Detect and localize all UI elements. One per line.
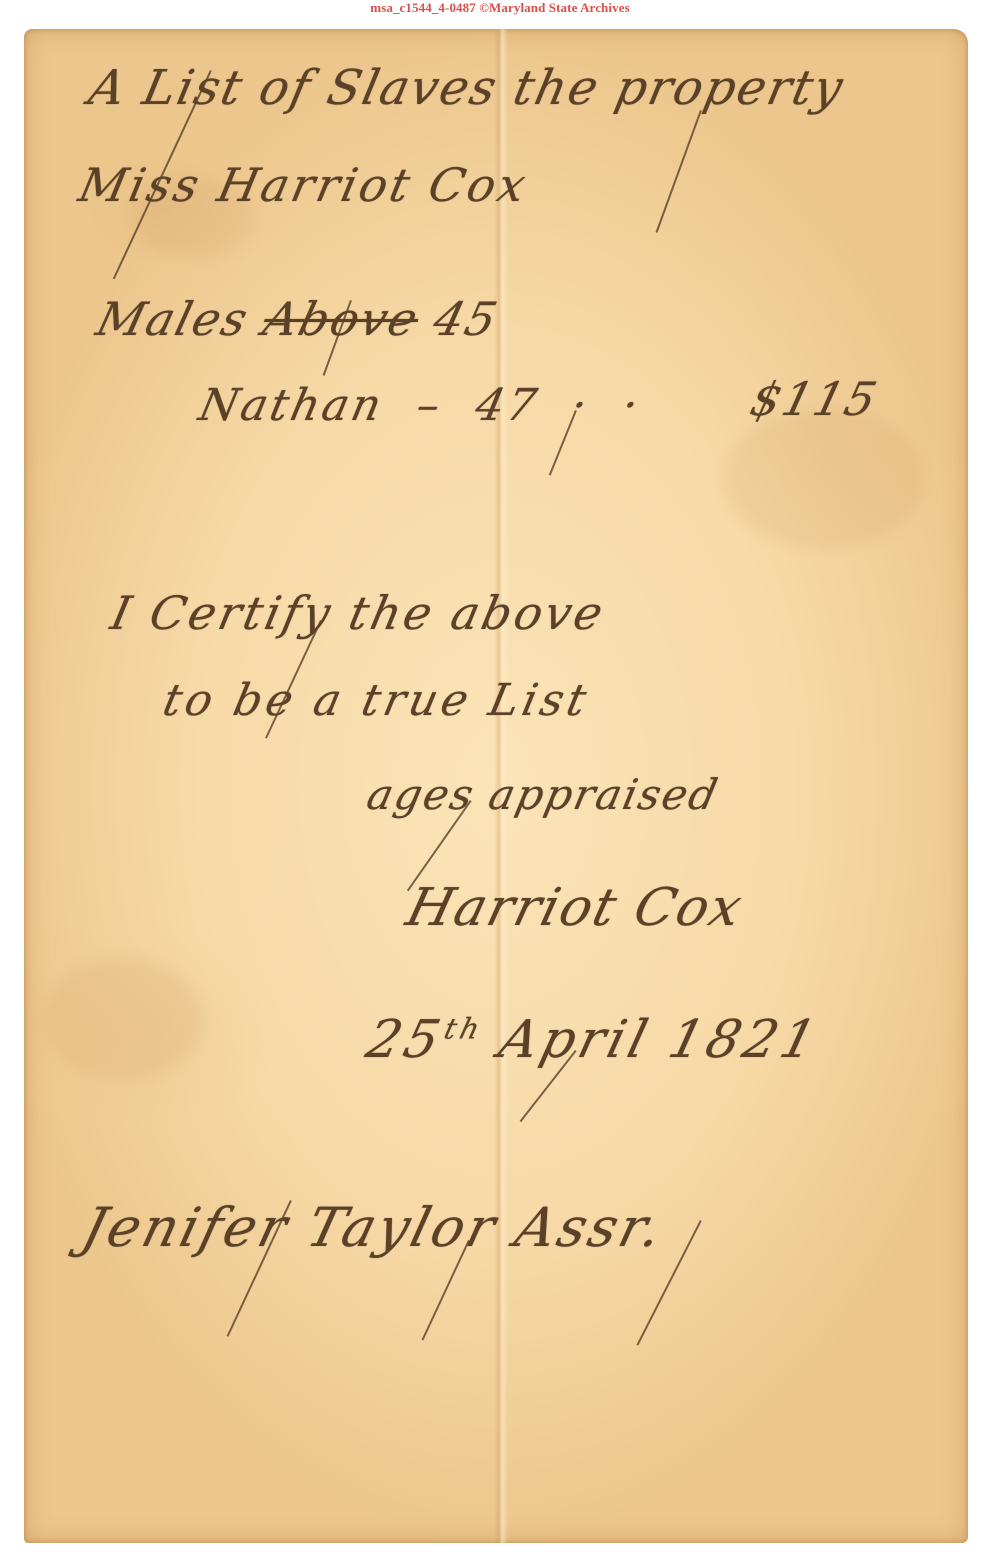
entry-label: Males <box>91 292 255 346</box>
entry-dash: – <box>395 380 465 431</box>
assessor-name: Jenifer Taylor <box>76 1196 504 1259</box>
entry-value: $115 <box>745 372 884 426</box>
certification-line-2: to be a true List <box>159 675 595 726</box>
assessor-signature: Jenifer Taylor Assr. <box>76 1196 671 1259</box>
certification-line-1: I Certify the above <box>106 586 610 640</box>
entry-age: 47 <box>471 380 544 431</box>
signature-date: 25th April 1821 <box>361 1010 826 1070</box>
date-day-suffix: th <box>441 1012 487 1046</box>
entry-row: Nathan – 47 · · <box>195 380 646 431</box>
certification-line-3: ages appraised <box>363 770 724 819</box>
archive-watermark: msa_c1544_4-0487 ©Maryland State Archive… <box>0 0 1000 16</box>
date-month-year: April 1821 <box>493 1010 826 1070</box>
entry-header: Males Above 45 <box>91 292 504 346</box>
date-day: 25 <box>361 1010 450 1070</box>
struck-text: Above <box>258 292 425 346</box>
entry-name: Nathan <box>195 380 389 431</box>
signature-name: Harriot Cox <box>401 878 750 938</box>
heading-line-2: Miss Harriot Cox <box>74 158 533 212</box>
paper-stain <box>724 409 924 549</box>
heading-line-1: A List of Slaves the property <box>84 60 849 116</box>
entry-leader-dots: · · <box>550 380 646 431</box>
paper-stain <box>44 959 204 1079</box>
assessor-title: Assr. <box>509 1196 671 1259</box>
